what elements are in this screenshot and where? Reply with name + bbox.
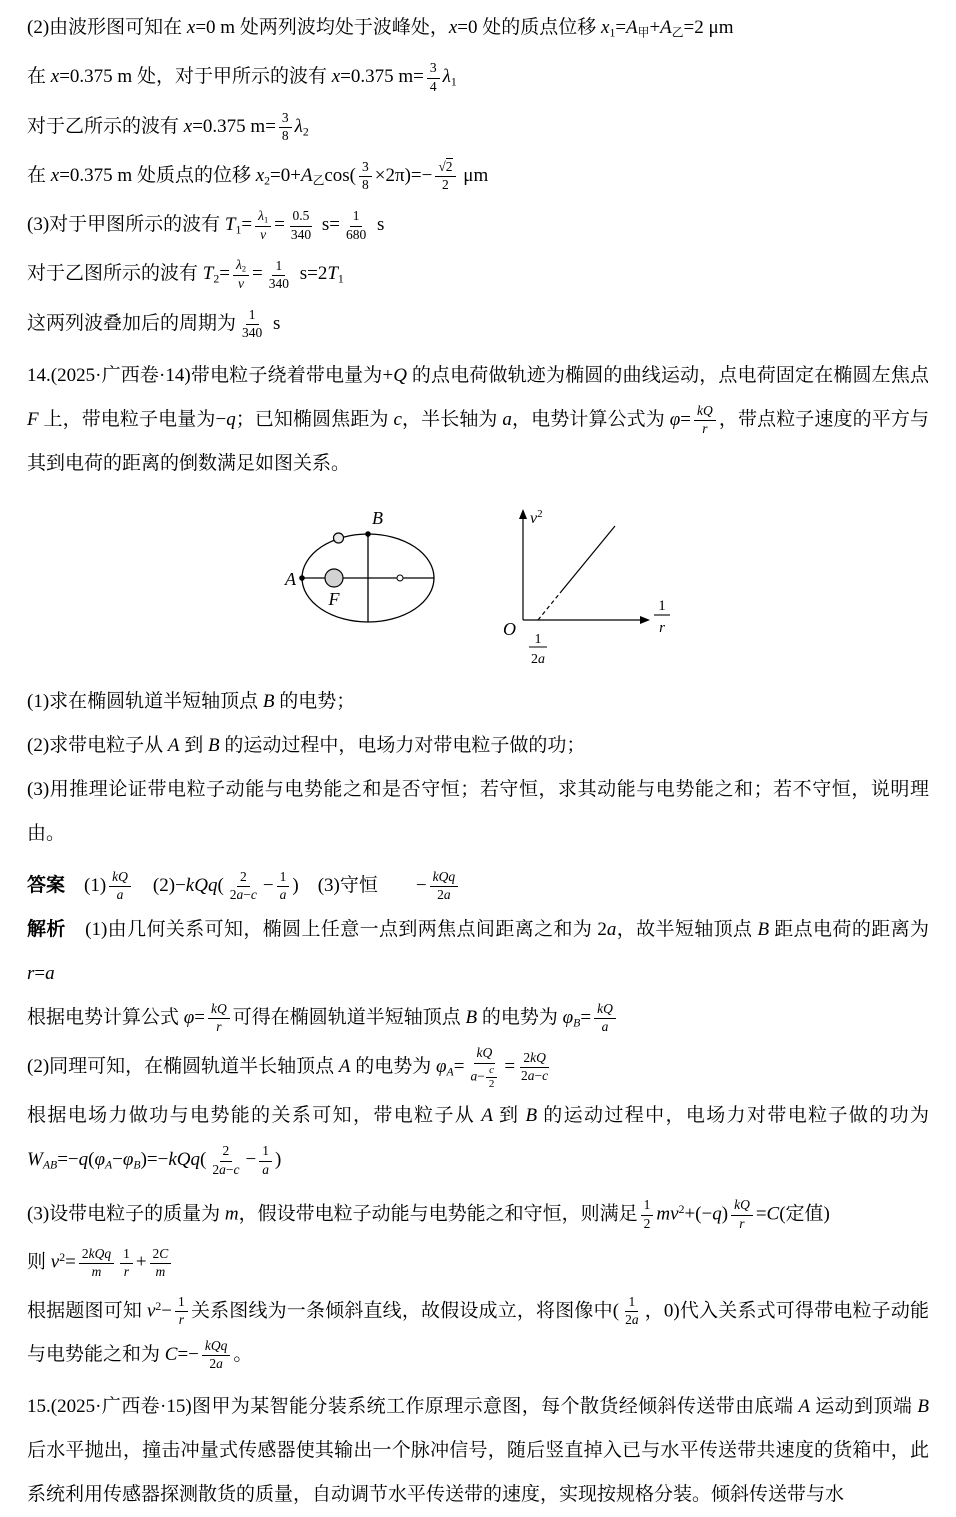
analysis-line-4: 根据电场力做功与电势能的关系可知，带电粒子从 A 到 B 的运动过程中，电场力对…	[27, 1094, 929, 1187]
combined-period-line: 这两列波叠加后的周期为1340 s	[27, 302, 929, 346]
question-2: (2)求带电粒子从 A 到 B 的运动过程中，电场力对带电粒子做的功；	[27, 724, 929, 768]
right-focus-dot	[397, 575, 403, 581]
figure-problem14: A B F v2 O 1 r 1 2a	[268, 496, 688, 674]
y-axis-arrow	[519, 509, 527, 519]
period-T1-line: (3)对于甲图所示的波有 T1=λ1v=0.5340 s=1680 s	[27, 203, 929, 252]
math-fraction: 38	[279, 110, 292, 145]
x-axis-label-num: 1	[658, 598, 666, 614]
math-fraction: 0.5340	[288, 208, 314, 243]
graph-line-solid	[560, 526, 615, 593]
intercept-label-den: 2a	[531, 652, 545, 667]
origin-label: O	[503, 619, 516, 639]
displacement-x2-line: 在 x=0.375 m 处质点的位移 x2=0+A乙cos(38×2π)=−√2…	[27, 154, 929, 203]
label-A: A	[284, 569, 297, 589]
solution-wave-superposition-line: (2)由波形图可知在 x=0 m 处两列波均处于波峰处，x=0 处的质点位移 x…	[27, 6, 929, 55]
y-axis-label: v2	[530, 508, 543, 527]
math-fraction: 34	[427, 60, 440, 95]
charged-particle	[334, 533, 344, 543]
answer-line: 答案 (1)kQa (2)−kQq(22a−c−1a) (3)守恒 −kQq2a	[27, 864, 929, 908]
math-fraction: 2kQqm	[79, 1246, 114, 1281]
math-fraction: 12	[641, 1197, 654, 1232]
math-fraction: kQq2a	[202, 1338, 231, 1373]
vertex-B-dot	[365, 531, 371, 537]
period-T2-line: 对于乙图所示的波有 T2=λ2v=1340 s=2T1	[27, 252, 929, 301]
vertex-A-dot	[299, 575, 305, 581]
math-fraction: kQa	[594, 1001, 616, 1036]
label-F: F	[328, 589, 341, 609]
math-fraction: kQr	[694, 403, 716, 438]
section-label: 解析	[27, 919, 66, 940]
math-fraction: kQa	[109, 869, 131, 904]
math-fraction: λ1v	[255, 208, 271, 244]
math-fraction: 1a	[259, 1143, 272, 1178]
math-fraction: kQq2a	[430, 869, 459, 904]
analysis-line-5: (3)设带电粒子的质量为 m，假设带电粒子动能与电势能之和守恒，则满足12mv2…	[27, 1188, 929, 1236]
math-fraction: c2	[486, 1064, 498, 1091]
math-fraction: kQa−c2	[467, 1045, 501, 1090]
analysis-line-1: 解析 (1)由几何关系可知，椭圆上任意一点到两焦点间距离之和为 2a，故半短轴顶…	[27, 908, 929, 996]
math-fraction: 2kQ2a−c	[518, 1050, 551, 1085]
math-fraction: 1r	[120, 1246, 133, 1281]
wave-jia-line: 在 x=0.375 m 处，对于甲所示的波有 x=0.375 m=34λ1	[27, 55, 929, 104]
math-fraction: kQr	[731, 1197, 753, 1232]
document-page: (2)由波形图可知在 x=0 m 处两列波均处于波峰处，x=0 处的质点位移 x…	[0, 0, 956, 1517]
intercept-label-num: 1	[535, 632, 542, 647]
math-fraction: 1340	[239, 307, 265, 342]
x-axis-label-den: r	[659, 620, 665, 636]
wave-yi-line: 对于乙所示的波有 x=0.375 m=38λ2	[27, 105, 929, 154]
label-B: B	[372, 508, 383, 528]
math-fraction: 2Cm	[150, 1246, 172, 1281]
math-fraction: 22a−c	[227, 869, 260, 904]
problem-14-statement: 14.(2025·广西卷·14)带电粒子绕着带电量为+Q 的点电荷做轨迹为椭圆的…	[27, 354, 929, 486]
math-fraction: λ2v	[233, 257, 249, 293]
math-fraction: 1r	[175, 1294, 188, 1329]
graph-line-dashed	[538, 593, 560, 620]
problem-15-statement: 15.(2025·广西卷·15)图甲为某智能分装系统工作原理示意图，每个散货经倾…	[27, 1385, 929, 1517]
math-fraction: 1340	[266, 258, 292, 293]
question-3: (3)用推理论证带电粒子动能与电势能之和是否守恒；若守恒，求其动能与电势能之和；…	[27, 768, 929, 856]
math-fraction: 22a−c	[209, 1143, 242, 1178]
ellipse-orbit-diagram	[299, 531, 434, 622]
analysis-line-3: (2)同理可知，在椭圆轨道半长轴顶点 A 的电势为 φA=kQa−c2=2kQ2…	[27, 1045, 929, 1094]
solution-text-block-top: (2)由波形图可知在 x=0 m 处两列波均处于波峰处，x=0 处的质点位移 x…	[27, 6, 929, 486]
math-fraction: 12a	[622, 1294, 642, 1329]
math-fraction: 1a	[277, 869, 290, 904]
solution-text-block-bottom: (1)求在椭圆轨道半短轴顶点 B 的电势；(2)求带电粒子从 A 到 B 的运动…	[27, 680, 929, 1517]
section-label: 答案	[27, 875, 65, 896]
math-fraction: 1680	[343, 208, 369, 243]
math-fraction: kQr	[208, 1001, 230, 1036]
x-axis-arrow	[640, 616, 650, 624]
v2-vs-1overr-graph	[519, 509, 670, 647]
analysis-line-2: 根据电势计算公式 φ=kQr可得在椭圆轨道半短轴顶点 B 的电势为 φB=kQa	[27, 996, 929, 1045]
problem14-diagram: A B F v2 O 1 r 1 2a	[268, 496, 688, 668]
math-fraction: √22	[435, 159, 455, 194]
analysis-line-7: 根据题图可知 v2−1r关系图线为一条倾斜直线，故假设成立，将图像中(12a，0…	[27, 1285, 929, 1377]
analysis-line-6: 则 v2=2kQqm1r+2Cm	[27, 1236, 929, 1284]
question-1: (1)求在椭圆轨道半短轴顶点 B 的电势；	[27, 680, 929, 724]
point-charge-F	[325, 569, 343, 587]
math-fraction: 38	[359, 159, 372, 194]
math-sqrt: √2	[438, 158, 452, 174]
